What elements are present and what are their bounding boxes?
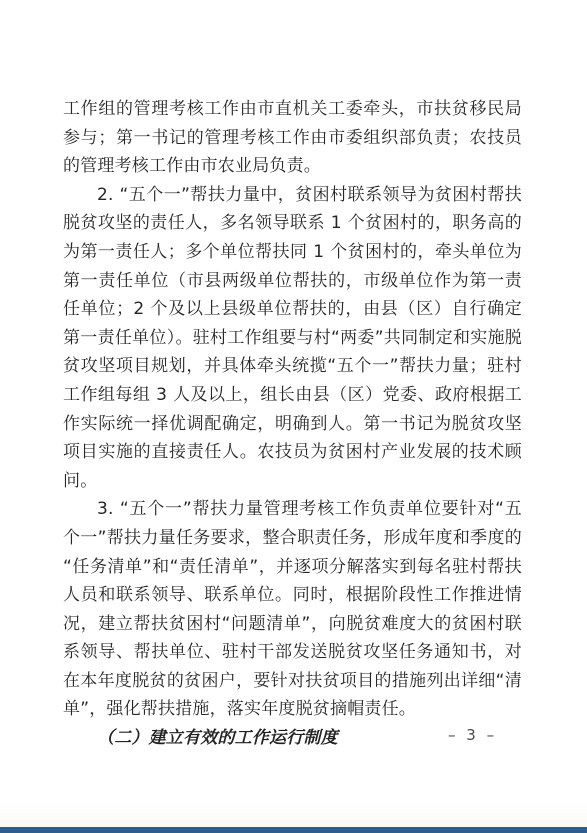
footer-fade [0,801,587,827]
body-paragraph-continuation: 工作组的管理考核工作由市直机关工委牵头，市扶贫移民局参与；第一书记的管理考核工作… [63,95,522,181]
document-page: 工作组的管理考核工作由市直机关工委牵头，市扶贫移民局参与；第一书记的管理考核工作… [0,0,587,833]
document-body: 工作组的管理考核工作由市直机关工委牵头，市扶贫移民局参与；第一书记的管理考核工作… [63,95,522,753]
body-paragraph-item-3: 3. “五个一”帮扶力量管理考核工作负责单位要针对“五个一”帮扶力量任务要求，整… [63,495,522,724]
body-paragraph-item-2: 2. “五个一”帮扶力量中，贫困村联系领导为贫困村帮扶脱贫攻坚的责任人，多名领导… [63,181,522,496]
footer-accent-bar [0,827,587,833]
page-number: – 3 – [448,726,548,744]
